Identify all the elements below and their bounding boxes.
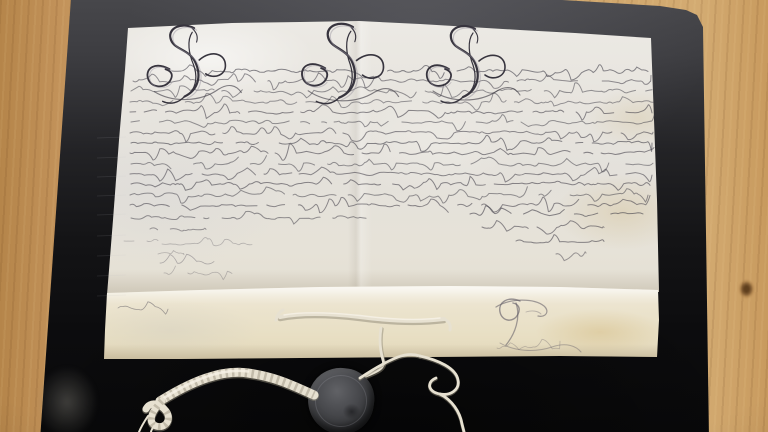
decorated-initials [146, 23, 520, 105]
photo-stage [0, 0, 768, 432]
thin-cord [276, 310, 464, 432]
mat-edge-scratches [97, 137, 126, 296]
ink-and-cords-overlay [0, 0, 768, 432]
braided-cord [139, 371, 314, 432]
manuscript-text-lines [118, 65, 654, 350]
